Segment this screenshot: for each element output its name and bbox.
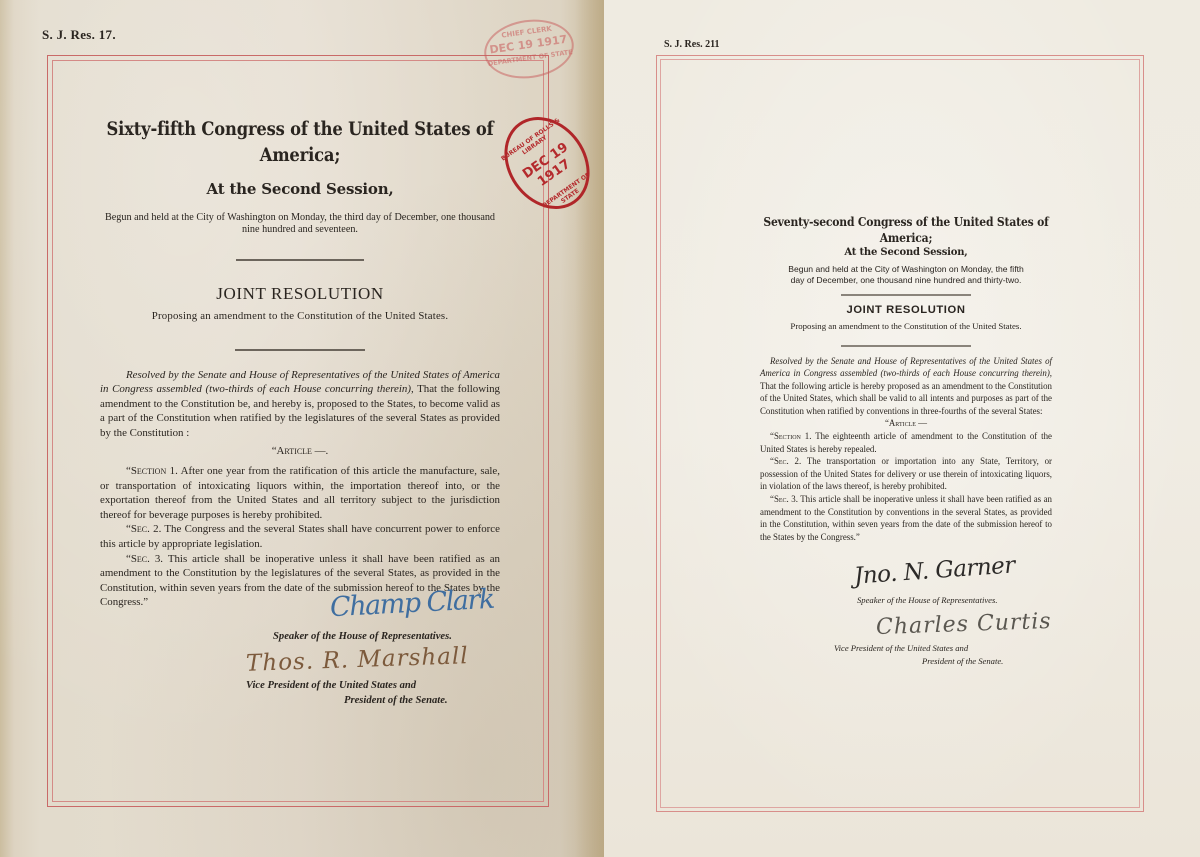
joint-resolution-heading: JOINT RESOLUTION [100, 284, 500, 304]
section-2: “Sec. 2. The transportation or importati… [760, 455, 1052, 493]
section-3: “Sec. 3. This article shall be inoperati… [760, 493, 1052, 543]
resolution-body-right: Seventy-second Congress of the United St… [760, 214, 1052, 543]
subheading: Proposing an amendment to the Constituti… [100, 310, 500, 322]
section-1: “Section 1. After one year from the rati… [100, 464, 500, 522]
senate-president-title: President of the Senate. [922, 656, 1003, 666]
begun-line: Begun and held at the City of Washington… [760, 264, 1052, 286]
speaker-title: Speaker of the House of Representatives. [273, 631, 452, 642]
begun-line: Begun and held at the City of Washington… [100, 212, 500, 236]
speaker-title: Speaker of the House of Representatives. [857, 595, 997, 605]
vice-president-title: Vice President of the United States and [834, 643, 968, 653]
article-label: “Article —. [100, 444, 500, 459]
divider [841, 294, 971, 296]
divider [841, 345, 971, 347]
preamble: Resolved by the Senate and House of Repr… [100, 368, 500, 441]
article-label: “Article — [760, 417, 1052, 430]
subheading: Proposing an amendment to the Constituti… [760, 321, 1052, 331]
section-2: “Sec. 2. The Congress and the several St… [100, 522, 500, 551]
senate-president-title: President of the Senate. [344, 695, 448, 706]
resolution-number: S. J. Res. 211 [664, 39, 720, 50]
section-1: “Section 1. The eighteenth article of am… [760, 430, 1052, 455]
resolution-text: Resolved by the Senate and House of Repr… [100, 368, 500, 611]
session-title: At the Second Session, [100, 180, 500, 198]
resolution-body-left: Sixty-fifth Congress of the United State… [100, 116, 500, 610]
session-title: At the Second Session, [760, 247, 1052, 258]
preamble: Resolved by the Senate and House of Repr… [760, 355, 1052, 418]
resolution-text: Resolved by the Senate and House of Repr… [760, 355, 1052, 544]
congress-title: Seventy-second Congress of the United St… [760, 214, 1052, 246]
resolution-number: S. J. Res. 17. [42, 27, 116, 43]
joint-resolution-heading: JOINT RESOLUTION [760, 304, 1052, 316]
divider [236, 259, 364, 261]
vice-president-title: Vice President of the United States and [246, 680, 416, 691]
congress-title: Sixty-fifth Congress of the United State… [104, 116, 496, 168]
divider [235, 349, 365, 351]
